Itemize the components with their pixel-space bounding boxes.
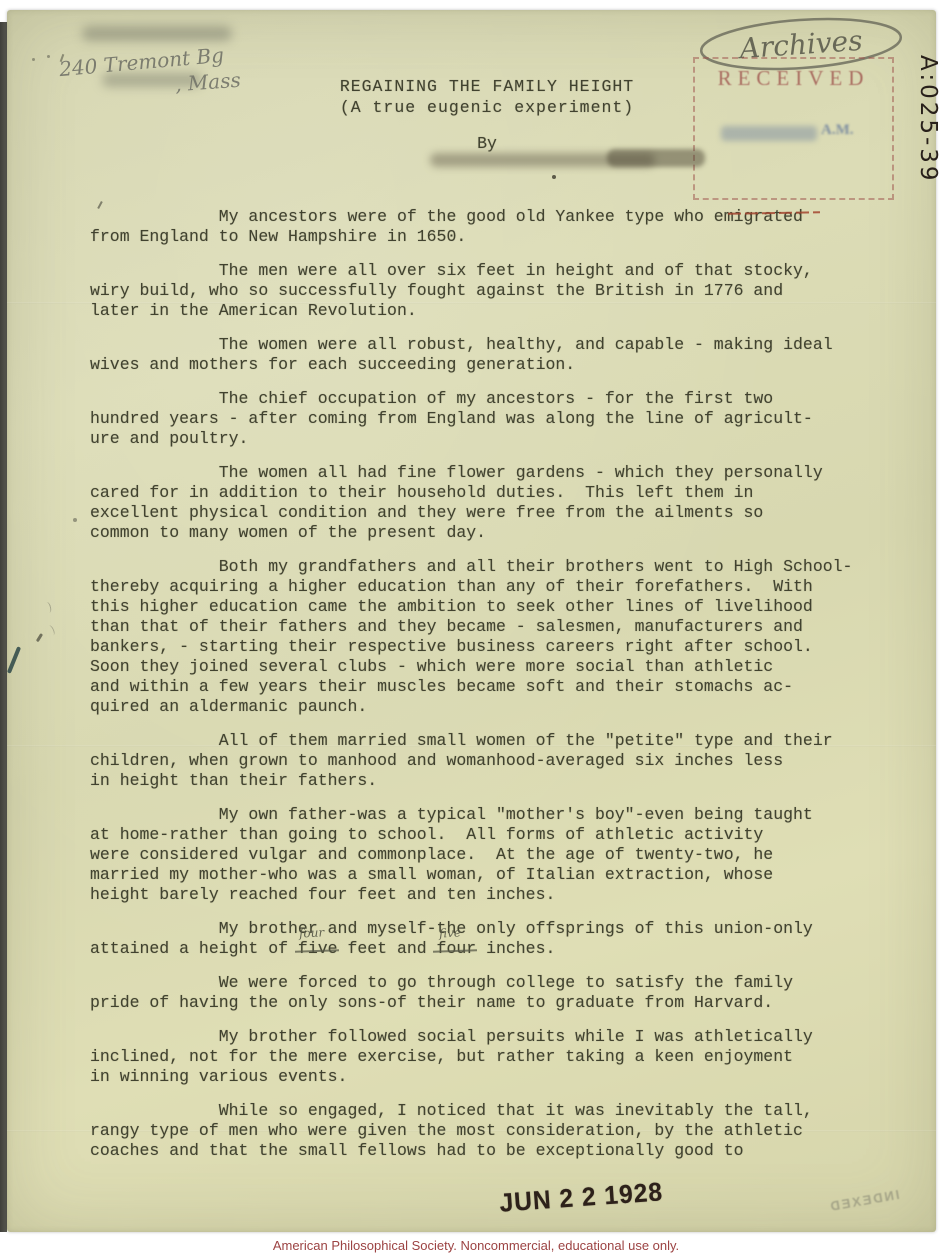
typewritten-line: bankers, - starting their respective bus… <box>90 637 890 657</box>
typewritten-line: and within a few years their muscles bec… <box>90 677 890 697</box>
typewritten-line: hundred years - after coming from Englan… <box>90 409 890 429</box>
received-meridiem-label: A.M. <box>821 122 854 139</box>
received-stamp-label: RECEIVED <box>693 66 894 91</box>
scan-edge-shadow <box>0 22 7 1232</box>
scanned-document: 240 Tremont Bg , Mass Archives RECEIVED … <box>0 0 952 1256</box>
typewritten-line: children, when grown to manhood and woma… <box>90 751 890 771</box>
correction-over-four: five <box>439 925 462 940</box>
typewritten-line: My own father-was a typical "mother's bo… <box>90 805 890 825</box>
document-body: My ancestors were of the good old Yankee… <box>90 207 890 1175</box>
correction-over-five: four <box>299 925 325 940</box>
typewritten-line: from England to New Hampshire in 1650. <box>90 227 890 247</box>
handwritten-address-state: , Mass <box>174 68 241 97</box>
typewritten-line: quired an aldermanic paunch. <box>90 697 890 717</box>
typewritten-line: were considered vulgar and commonplace. … <box>90 845 890 865</box>
typewritten-line: rangy type of men who were given the mos… <box>90 1121 890 1141</box>
typewritten-line: inclined, not for the mere exercise, but… <box>90 1047 890 1067</box>
typewritten-line: We were forced to go through college to … <box>90 973 890 993</box>
typewritten-line: cared for in addition to their household… <box>90 483 890 503</box>
ink-dot <box>552 175 556 179</box>
paragraph: My brother followed social persuits whil… <box>90 1027 890 1087</box>
typewritten-line: Both my grandfathers and all their broth… <box>90 557 890 577</box>
pencil-dot <box>32 58 35 61</box>
typewritten-line: thereby acquiring a higher education tha… <box>90 577 890 597</box>
typewritten-line: married my mother-who was a small woman,… <box>90 865 890 885</box>
paragraph: The women were all robust, healthy, and … <box>90 335 890 375</box>
paragraph: The chief occupation of my ancestors - f… <box>90 389 890 449</box>
paragraph: The women all had fine flower gardens - … <box>90 463 890 543</box>
typewritten-line: than that of their fathers and they beca… <box>90 617 890 637</box>
typewritten-line: later in the American Revolution. <box>90 301 890 321</box>
typewritten-line: My brother followed social persuits whil… <box>90 1027 890 1047</box>
typewritten-line: coaches and that the small fellows had t… <box>90 1141 890 1161</box>
document-subtitle: (A true eugenic experiment) <box>267 97 707 118</box>
typewritten-line: The women all had fine flower gardens - … <box>90 463 890 483</box>
typewritten-line: attained a height of five feet and four … <box>90 939 890 959</box>
typewritten-line: in height than their fathers. <box>90 771 890 791</box>
pencil-squiggle <box>46 624 56 637</box>
date-received-stamp: JUN 2 2 1928 <box>498 1176 664 1218</box>
pencil-squiggle <box>44 601 53 613</box>
paragraph: My brother and myself-the only offspring… <box>90 919 890 959</box>
typewritten-line: wiry build, who so successfully fought a… <box>90 281 890 301</box>
typewritten-line: ure and poultry. <box>90 429 890 449</box>
pencil-dot <box>73 518 77 522</box>
paragraph: The men were all over six feet in height… <box>90 261 890 321</box>
typewritten-line: All of them married small women of the "… <box>90 731 890 751</box>
typewritten-line: My ancestors were of the good old Yankee… <box>90 207 890 227</box>
typewritten-line: While so engaged, I noticed that it was … <box>90 1101 890 1121</box>
typewritten-line: height barely reached four feet and ten … <box>90 885 890 905</box>
paragraph: My own father-was a typical "mother's bo… <box>90 805 890 905</box>
typewritten-line: The men were all over six feet in height… <box>90 261 890 281</box>
received-timestamp-blur <box>721 126 817 141</box>
typewritten-line: The women were all robust, healthy, and … <box>90 335 890 355</box>
typewritten-line: wives and mothers for each succeeding ge… <box>90 355 890 375</box>
typewritten-line: Soon they joined several clubs - which w… <box>90 657 890 677</box>
paragraph: While so engaged, I noticed that it was … <box>90 1101 890 1161</box>
typewritten-line: My brother and myself-the only offspring… <box>90 919 890 939</box>
ink-stroke-left-edge <box>7 646 21 673</box>
document-page: 240 Tremont Bg , Mass Archives RECEIVED … <box>7 10 936 1232</box>
archival-code-vertical: A:025-39 <box>915 55 941 184</box>
document-title: REGAINING THE FAMILY HEIGHT <box>267 76 707 97</box>
typewritten-line: common to many women of the present day. <box>90 523 890 543</box>
indexed-stamp-mirrored: INDEXED <box>827 1187 900 1214</box>
pencil-apostrophe <box>36 633 43 642</box>
typewritten-line: at home-rather than going to school. All… <box>90 825 890 845</box>
typewritten-line: pride of having the only sons-of their n… <box>90 993 890 1013</box>
pencil-dot <box>47 55 50 58</box>
typewritten-line: in winning various events. <box>90 1067 890 1087</box>
paragraph: We were forced to go through college to … <box>90 973 890 1013</box>
typewritten-line: excellent physical condition and they we… <box>90 503 890 523</box>
footer-credit: American Philosophical Society. Noncomme… <box>0 1238 952 1253</box>
paragraph: All of them married small women of the "… <box>90 731 890 791</box>
typewritten-line: this higher education came the ambition … <box>90 597 890 617</box>
paragraph: Both my grandfathers and all their broth… <box>90 557 890 717</box>
title-block: REGAINING THE FAMILY HEIGHT (A true euge… <box>267 76 707 118</box>
typewritten-line: The chief occupation of my ancestors - f… <box>90 389 890 409</box>
redacted-author-surname <box>607 149 705 167</box>
redacted-pencil-name <box>82 26 232 41</box>
